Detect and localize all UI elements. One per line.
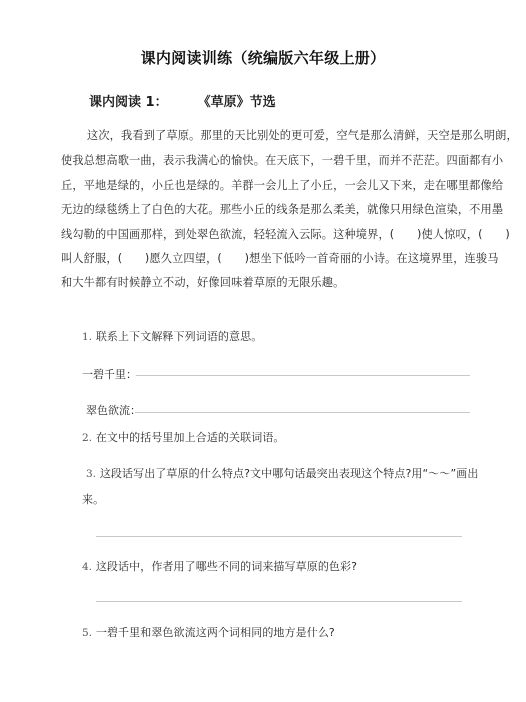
question-number: 3. xyxy=(86,468,96,480)
answer-line-q3[interactable] xyxy=(96,536,462,537)
passage-line: 叫人舒服，( )愿久立四望，( )想坐下低吟一首奇丽的小诗。在这境界里，连骏马 xyxy=(61,250,499,266)
question-text: 一碧千里和翠色欲流这两个词相同的地方是什么? xyxy=(96,626,335,639)
section-heading: 课内阅读 1：《草原》节选 xyxy=(89,91,276,110)
answer-line-cuiseyuliu[interactable] xyxy=(135,412,470,413)
passage-line: 丘，平地是绿的，小丘也是绿的。羊群一会儿上了小丘，一会儿又下来，走在哪里都像给 xyxy=(61,177,503,193)
question-3: 3. 这段话写出了草原的什么特点?文中哪句话最突出表现这个特点?用“～～”画出 xyxy=(86,465,479,481)
question-text: 联系上下文解释下列词语的意思。 xyxy=(96,330,263,343)
question-number: 2. xyxy=(82,432,92,444)
question-number: 5. xyxy=(82,627,92,639)
question-1: 1. 联系上下文解释下列词语的意思。 xyxy=(82,328,262,344)
passage-line: 使我总想高歌一曲，表示我满心的愉快。在天底下，一碧千里，而并不茫茫。四面都有小 xyxy=(61,152,503,168)
passage-line: 这次，我看到了草原。那里的天比别处的更可爱，空气是那么清鲜，天空是那么明朗， xyxy=(87,127,518,143)
worksheet-title: 课内阅读训练（统编版六年级上册） xyxy=(0,47,526,68)
answer-line-q4[interactable] xyxy=(96,601,462,602)
question-text: 这段话写出了草原的什么特点?文中哪句话最突出表现这个特点?用“～～”画出 xyxy=(100,467,479,480)
passage-line: 无边的绿毯绣上了白色的大花。那些小丘的线条是那么柔美，就像只用绿色渲染，不用墨 xyxy=(61,201,503,217)
answer-line-yibiqianli[interactable] xyxy=(136,375,470,376)
term-yibiqianli-label: 一碧千里： xyxy=(82,366,137,382)
question-number: 1. xyxy=(82,331,92,343)
question-3-continuation: 来。 xyxy=(82,491,104,507)
term-cuiseyuliu-label: 翠色欲流： xyxy=(86,402,141,418)
question-text: 这段话中，作者用了哪些不同的词来描写草原的色彩? xyxy=(96,560,357,573)
passage-line: 和大牛都有时候静立不动，好像回味着草原的无限乐趣。 xyxy=(61,274,344,290)
question-2: 2. 在文中的括号里加上合适的关联词语。 xyxy=(82,429,285,445)
question-5: 5. 一碧千里和翠色欲流这两个词相同的地方是什么? xyxy=(82,624,335,640)
passage-title: 《草原》节选 xyxy=(198,95,276,110)
question-4: 4. 这段话中，作者用了哪些不同的词来描写草原的色彩? xyxy=(82,558,357,574)
passage-line: 线勾勒的中国画那样，到处翠色欲流，轻轻流入云际。这种境界，( )使人惊叹，( ) xyxy=(61,226,510,242)
section-label: 课内阅读 1： xyxy=(89,95,168,110)
question-text: 在文中的括号里加上合适的关联词语。 xyxy=(96,431,285,444)
question-number: 4. xyxy=(82,561,92,573)
